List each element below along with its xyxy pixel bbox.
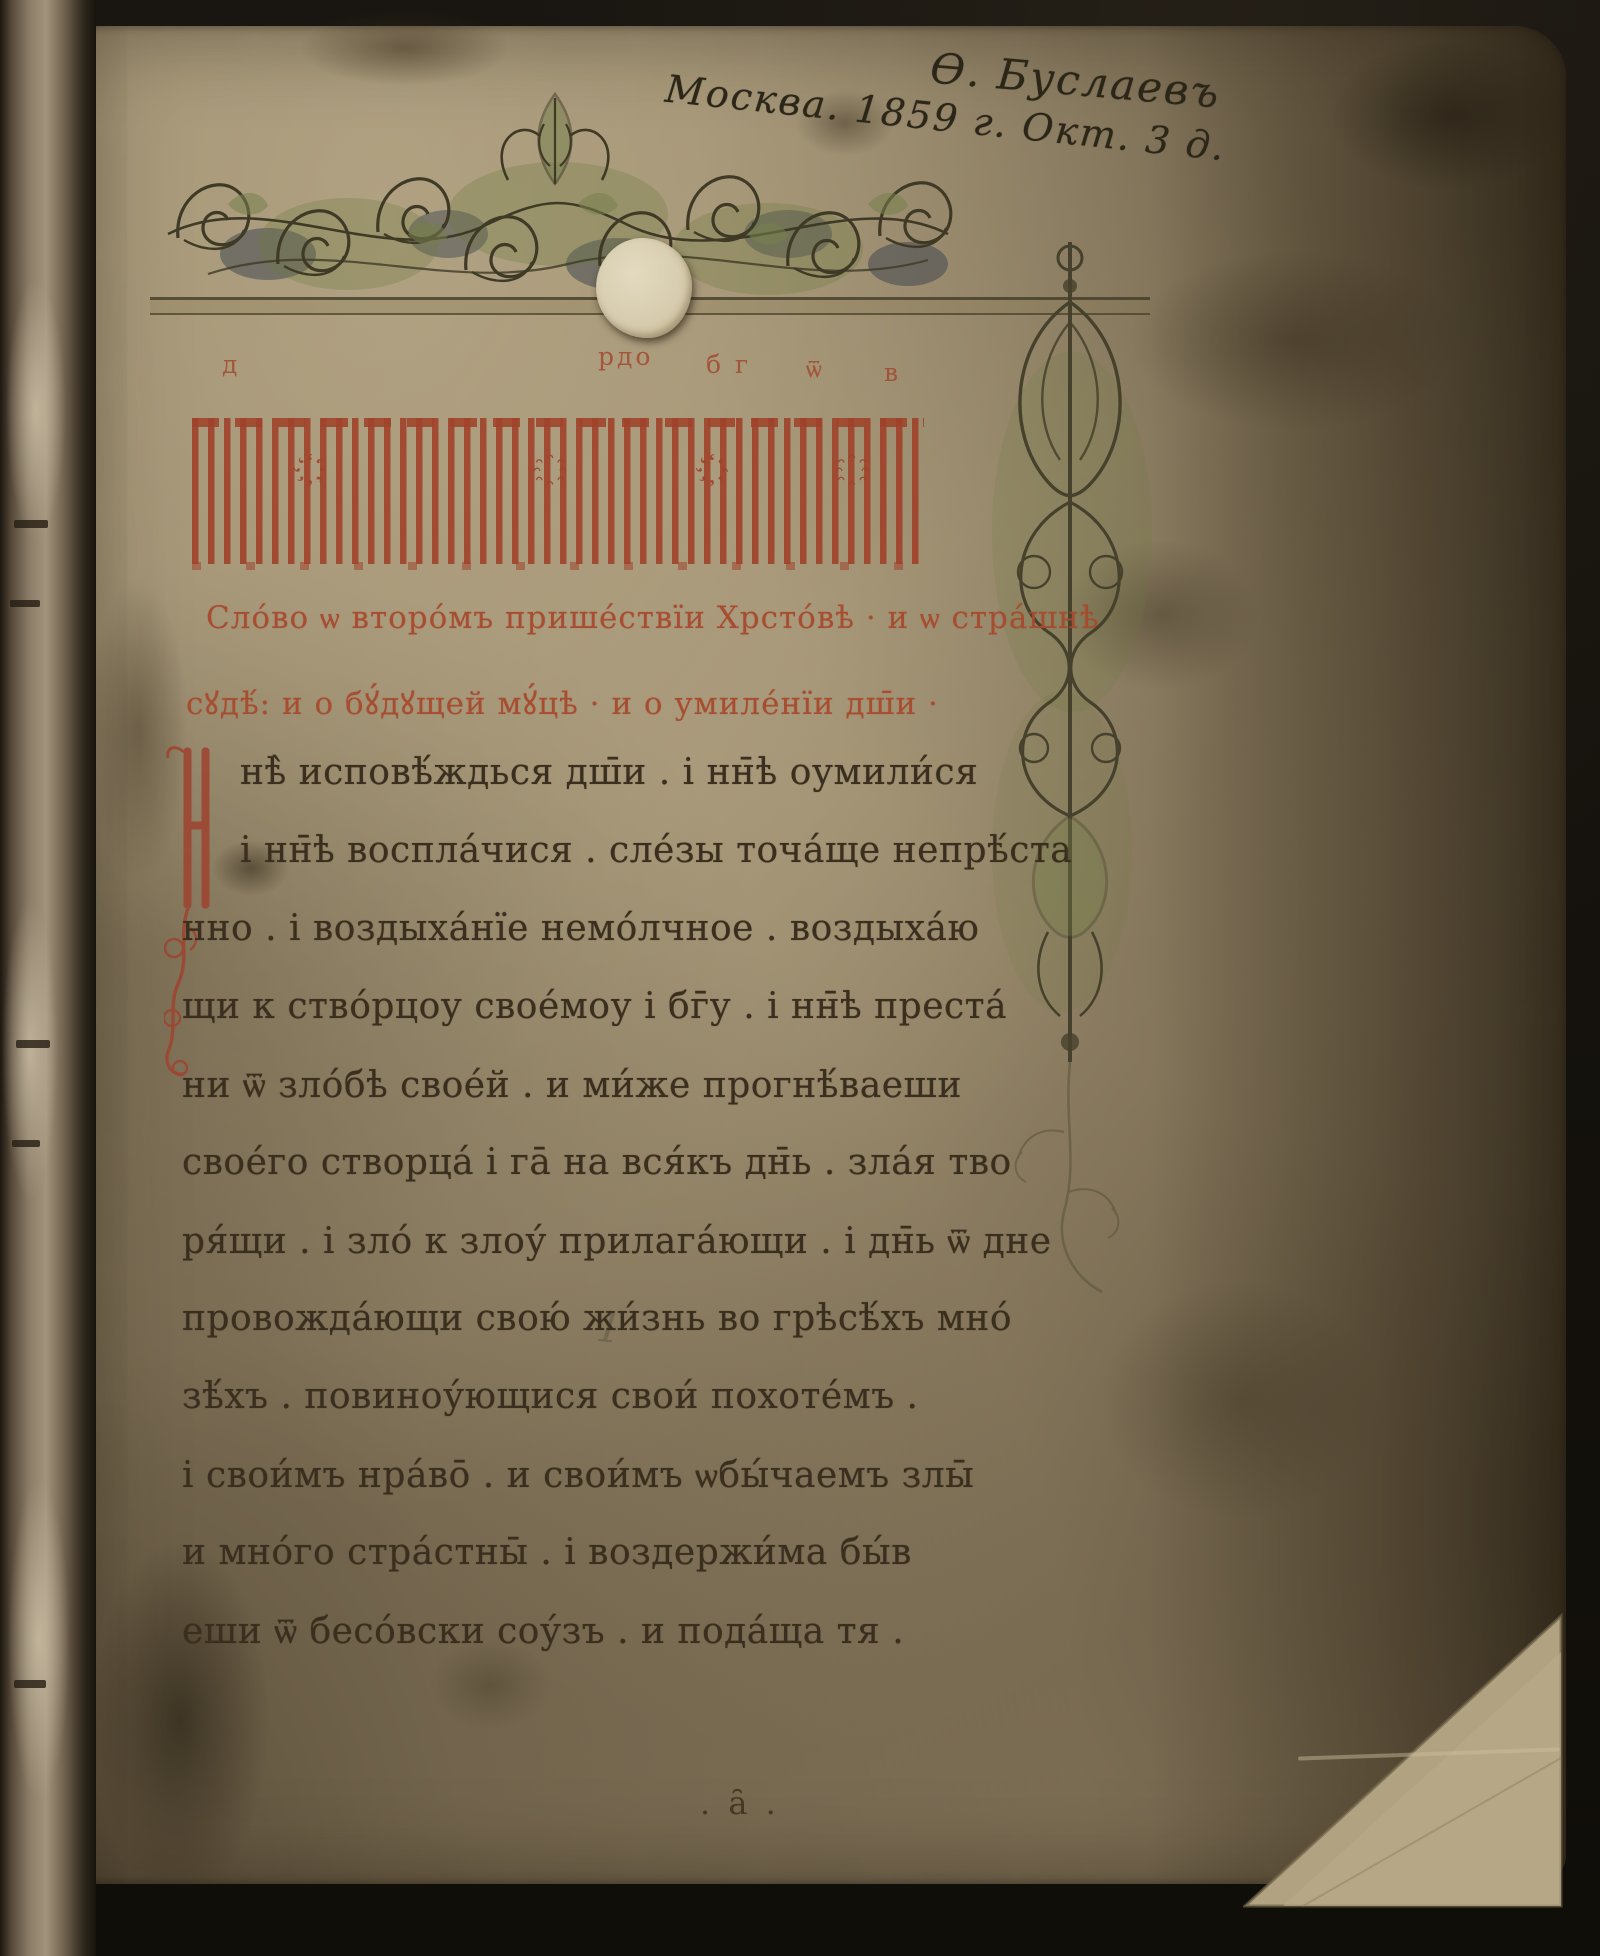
spine-tear <box>2 900 58 1200</box>
text-line: и мно́го стра́стны̄ . і воздержи́ма бы́в <box>182 1532 912 1573</box>
text-line: щи к ство́рцоу свое́моу і бг̄у . і нн̄ѣ … <box>182 986 1007 1027</box>
vyaz-superscript: б г <box>706 350 751 379</box>
text-line: свое́го створца́ і га̄ на вся́къ дн̄ь . … <box>182 1142 1012 1183</box>
vyaz-superscript: рдо <box>598 342 653 371</box>
folio-mark: . а̑ . <box>700 1784 780 1822</box>
text-line: нно . і воздыха́нїе немо́лчное . воздыха… <box>182 908 979 949</box>
manuscript-photo: Ѳ. Буслаевъ Москва. 1859 г. Окт. 3 д. <box>0 0 1600 1956</box>
rubric-line: сꙋдѣ́: и о бꙋ́дꙋщей мꙋ́цѣ · и о умиле́нї… <box>186 682 939 724</box>
spine-stitch <box>14 1680 46 1688</box>
vyaz-superscript: д <box>222 350 240 379</box>
text-line: ни ѿ зло́бѣ свое́й . и ми́же прогнѣ́ваеш… <box>182 1064 962 1106</box>
pencil-mark: 1 <box>594 1305 624 1353</box>
spine-tear <box>8 1480 70 1800</box>
vyaz-superscript: ѿ <box>806 354 825 384</box>
rubric-line: Сло́во ѡ второ́мъ прише́ствїи Хрсто́вѣ ·… <box>206 600 1100 636</box>
text-line: ря́щи . і зло́ к злоу́ прилага́ющи . і д… <box>182 1220 1052 1262</box>
text-line: еши ѿ бесо́вски соу́зъ . и пода́ща тя . <box>182 1610 904 1652</box>
text-line: і нн̄ѣ воспла́чися . сле́зы точа́ще непр… <box>240 830 1072 871</box>
vyaz-superscript: в <box>884 358 901 387</box>
text-line: і свои́мъ нра́во̄ . и свои́мъ ѡбы́чаемъ … <box>182 1454 974 1496</box>
text-line: нѣ̀ исповѣ́ждься дш̄и . і нн̄ѣ оумили́ся <box>240 752 978 793</box>
book-spine-edge <box>0 0 96 1956</box>
parchment-hole <box>596 238 692 338</box>
spine-stitch <box>14 520 48 528</box>
spine-stitch <box>16 1040 50 1048</box>
spine-tear <box>6 280 66 540</box>
spine-stitch <box>12 1140 40 1147</box>
corner-repair-patch <box>1243 1608 1563 1908</box>
text-line: зѣ́хъ . повиноу́ющися свои́ похоте́мъ . <box>182 1376 918 1417</box>
spine-stitch <box>10 600 40 607</box>
vyaz-title-band: ҉ ҈ ҉ ҈ <box>192 418 924 564</box>
